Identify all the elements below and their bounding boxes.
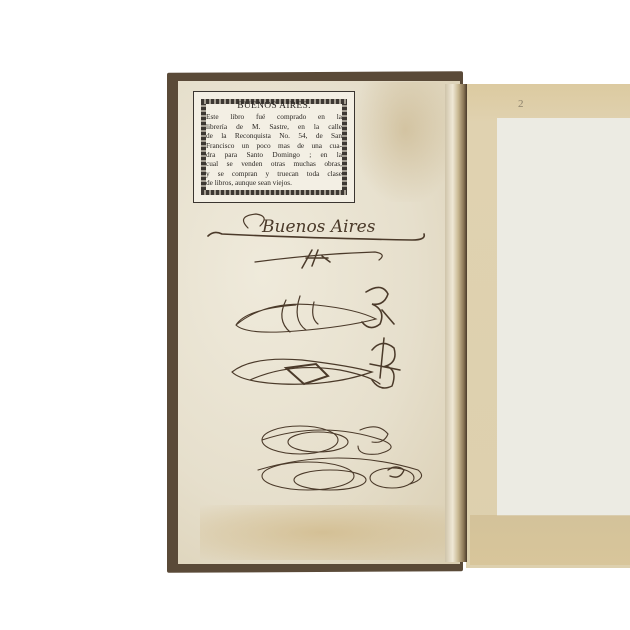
handwritten-flourishes: Buenos Aires	[0, 0, 630, 630]
handwritten-inscription: Buenos Aires	[261, 217, 376, 237]
photo-scene: 2 BUENOS AIRES. Este libro fué comprado …	[0, 0, 630, 630]
